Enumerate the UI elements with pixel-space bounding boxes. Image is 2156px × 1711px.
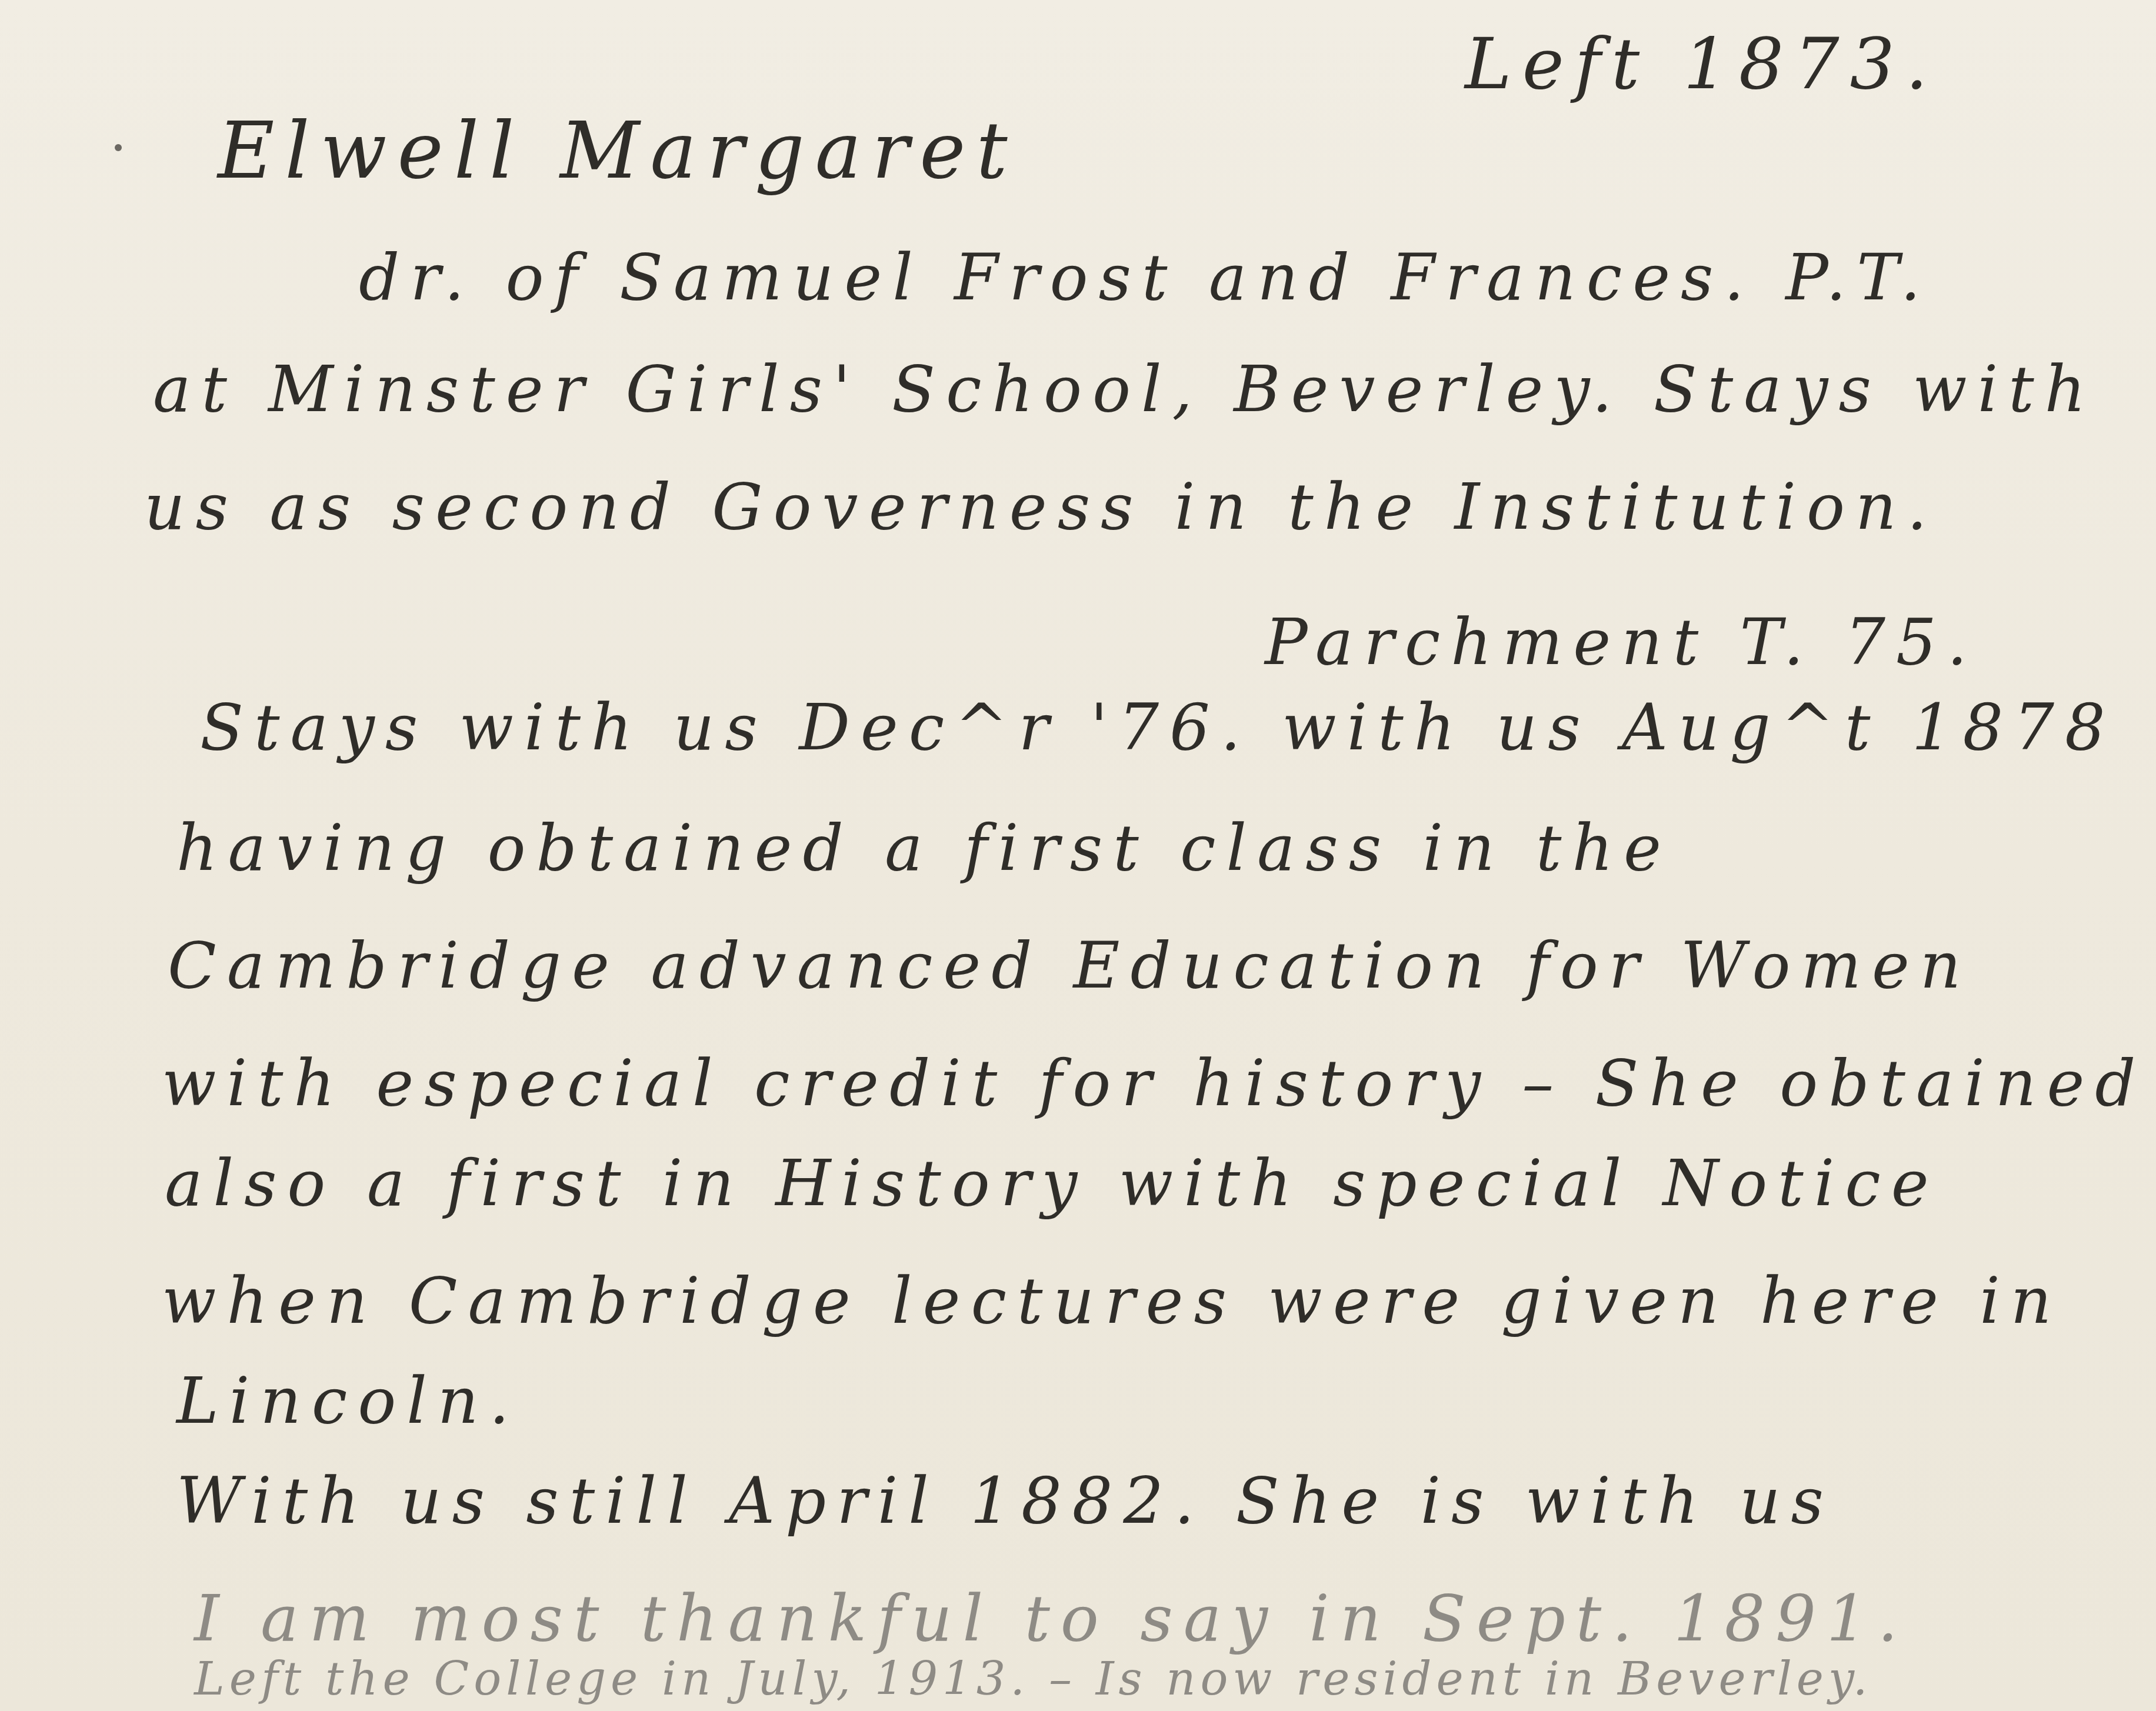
handwritten-record-page: Left 1873. Elwell Margaret dr. of Samuel… [0, 0, 2156, 1711]
later-note: Left the College in July, 1913. – Is now… [194, 1653, 1872, 1706]
margin-dot [115, 144, 122, 151]
record-line-5: having obtained a first class in the [176, 812, 1672, 885]
record-line-9: when Cambridge lectures were given here … [162, 1265, 2062, 1338]
record-line-8: also a first in History with special Not… [165, 1147, 1940, 1220]
record-line-2: at Minster Girls' School, Beverley. Stay… [153, 353, 2096, 426]
record-line-parchment: Parchment T. 75. [1265, 606, 1978, 679]
record-line-11: With us still April 1882. She is with us [176, 1465, 1834, 1538]
record-line-1: dr. of Samuel Frost and Frances. P.T. [359, 241, 1931, 315]
record-line-10: Lincoln. [176, 1365, 520, 1438]
person-name: Elwell Margaret [218, 106, 1018, 196]
record-line-3: us as second Governess in the Institutio… [144, 471, 1938, 544]
header-note-left-date: Left 1873. [1465, 24, 1938, 105]
record-line-7: with especial credit for history – She o… [162, 1047, 2146, 1120]
record-line-6: Cambridge advanced Education for Women [168, 929, 1971, 1003]
record-line-4: Stays with us Dec^r '76. with us Aug^t 1… [200, 691, 2116, 765]
record-line-12: I am most thankful to say in Sept. 1891. [194, 1582, 1908, 1656]
